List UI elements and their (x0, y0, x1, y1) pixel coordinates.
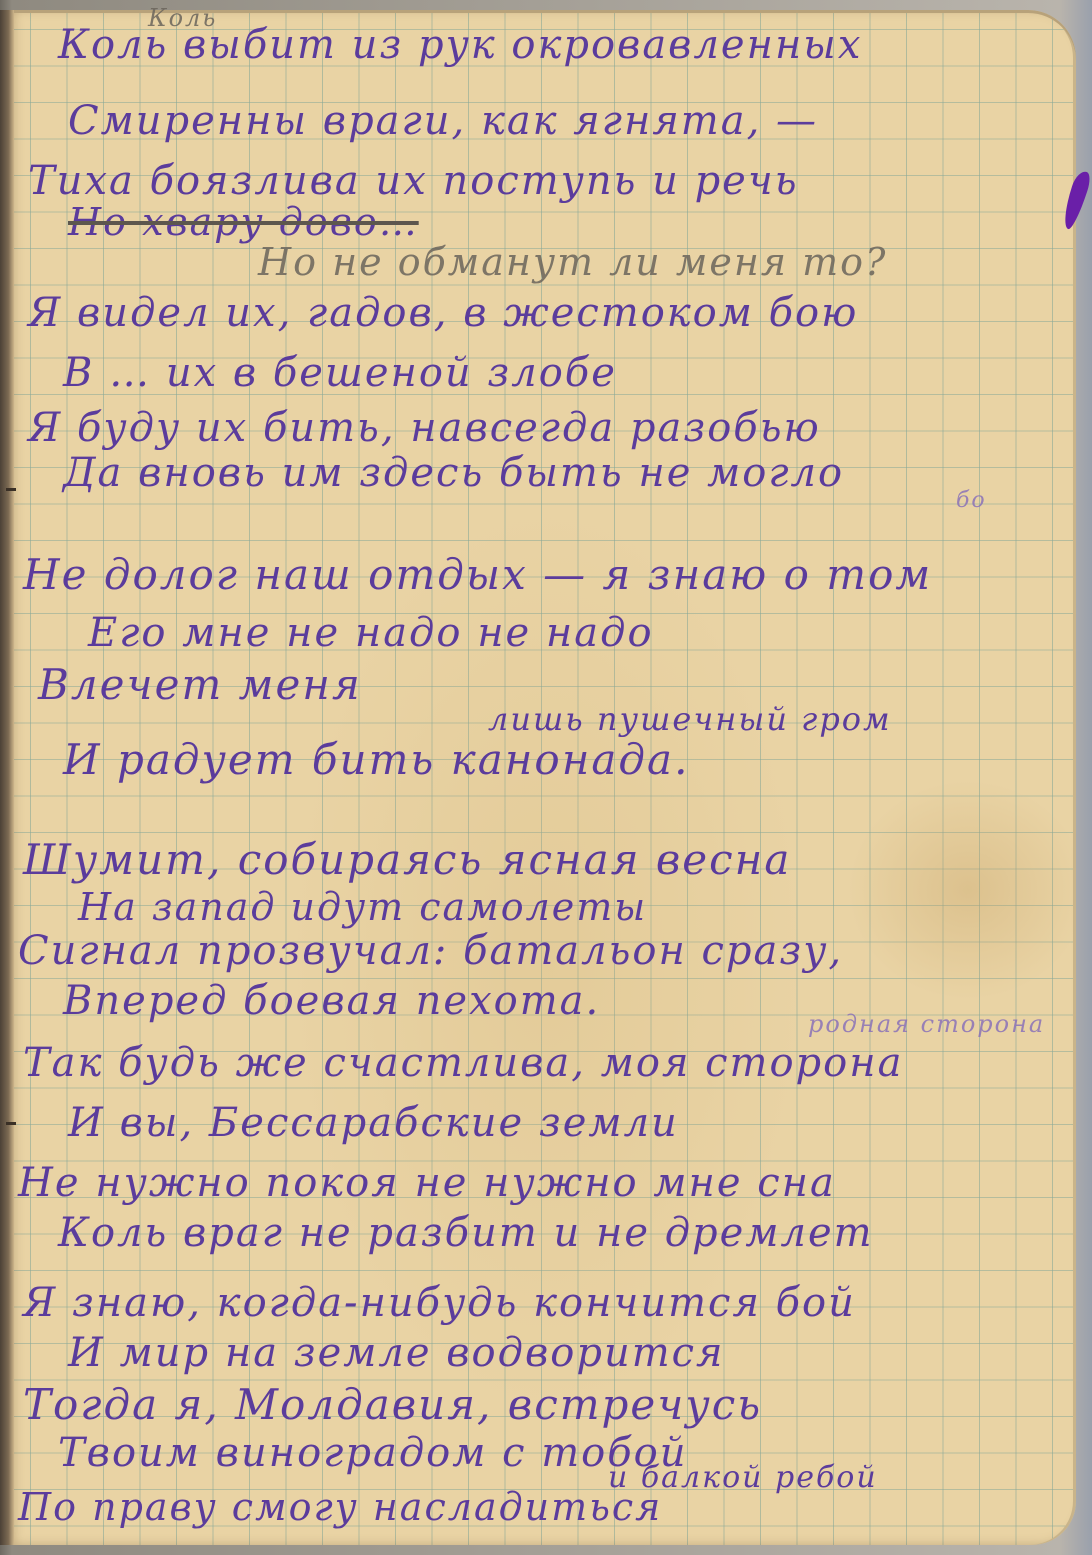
poem-line: Я буду их бить, навсегда разобью (28, 405, 821, 451)
poem-line: Влечет меня (38, 660, 362, 709)
poem-line: И мир на земле водворится (68, 1330, 725, 1376)
poem-line: На запад идут самолеты (78, 885, 647, 929)
poem-line: Смиренны враги, как ягнята, — (68, 98, 818, 144)
poem-line-struck: Но хвару дово… (68, 200, 419, 244)
poem-line-insert: и балкой ребой (608, 1460, 878, 1495)
poem-line: Его мне не надо не надо (88, 610, 654, 656)
poem-line: Не долог наш отдых — я знаю о том (23, 550, 932, 599)
poem-line: Не нужно покоя не нужно мне сна (18, 1160, 836, 1206)
poem-line: Я видел их, гадов, в жестоком бою (28, 290, 858, 336)
poem-line-pencil: Но не обманут ли меня то? (258, 240, 887, 284)
poem-line: Коль враг не разбит и не дремлет (58, 1210, 874, 1256)
notebook-page: Коль Коль выбит из рук окровавленных Сми… (8, 10, 1076, 1545)
poem-line: И радует бить канонада. (63, 735, 689, 784)
poem-line: В … их в бешеной злобе (63, 350, 617, 396)
poem-line: И вы, Бессарабские земли (68, 1100, 679, 1146)
staple-notch (6, 1122, 16, 1125)
poem-line-insert: родная сторона (808, 1010, 1045, 1038)
poem-line-insert: лишь пушечный гром (488, 700, 892, 738)
poem-line: Тогда я, Молдавия, встречусь (23, 1380, 762, 1429)
poem-line: Твоим виноградом с тобой (58, 1430, 688, 1476)
margin-mark: бо (956, 488, 987, 513)
poem-line: Шумит, собираясь ясная весна (23, 835, 791, 884)
poem-line: Сигнал прозвучал: батальон сразу, (18, 928, 843, 974)
notebook-binding (0, 10, 14, 1545)
poem-line: Тиха боязлива их поступь и речь (28, 158, 799, 204)
poem-line: Коль выбит из рук окровавленных (58, 22, 862, 68)
poem-line: Вперед боевая пехота. (63, 978, 600, 1024)
poem-line: По праву смогу насладиться (18, 1485, 662, 1529)
poem-line: Так будь же счастлива, моя сторона (23, 1040, 903, 1086)
staple-notch (6, 488, 16, 491)
poem-line: Я знаю, когда-нибудь кончится бой (23, 1280, 856, 1326)
poem-line: Да вновь им здесь быть не могло (63, 450, 844, 496)
